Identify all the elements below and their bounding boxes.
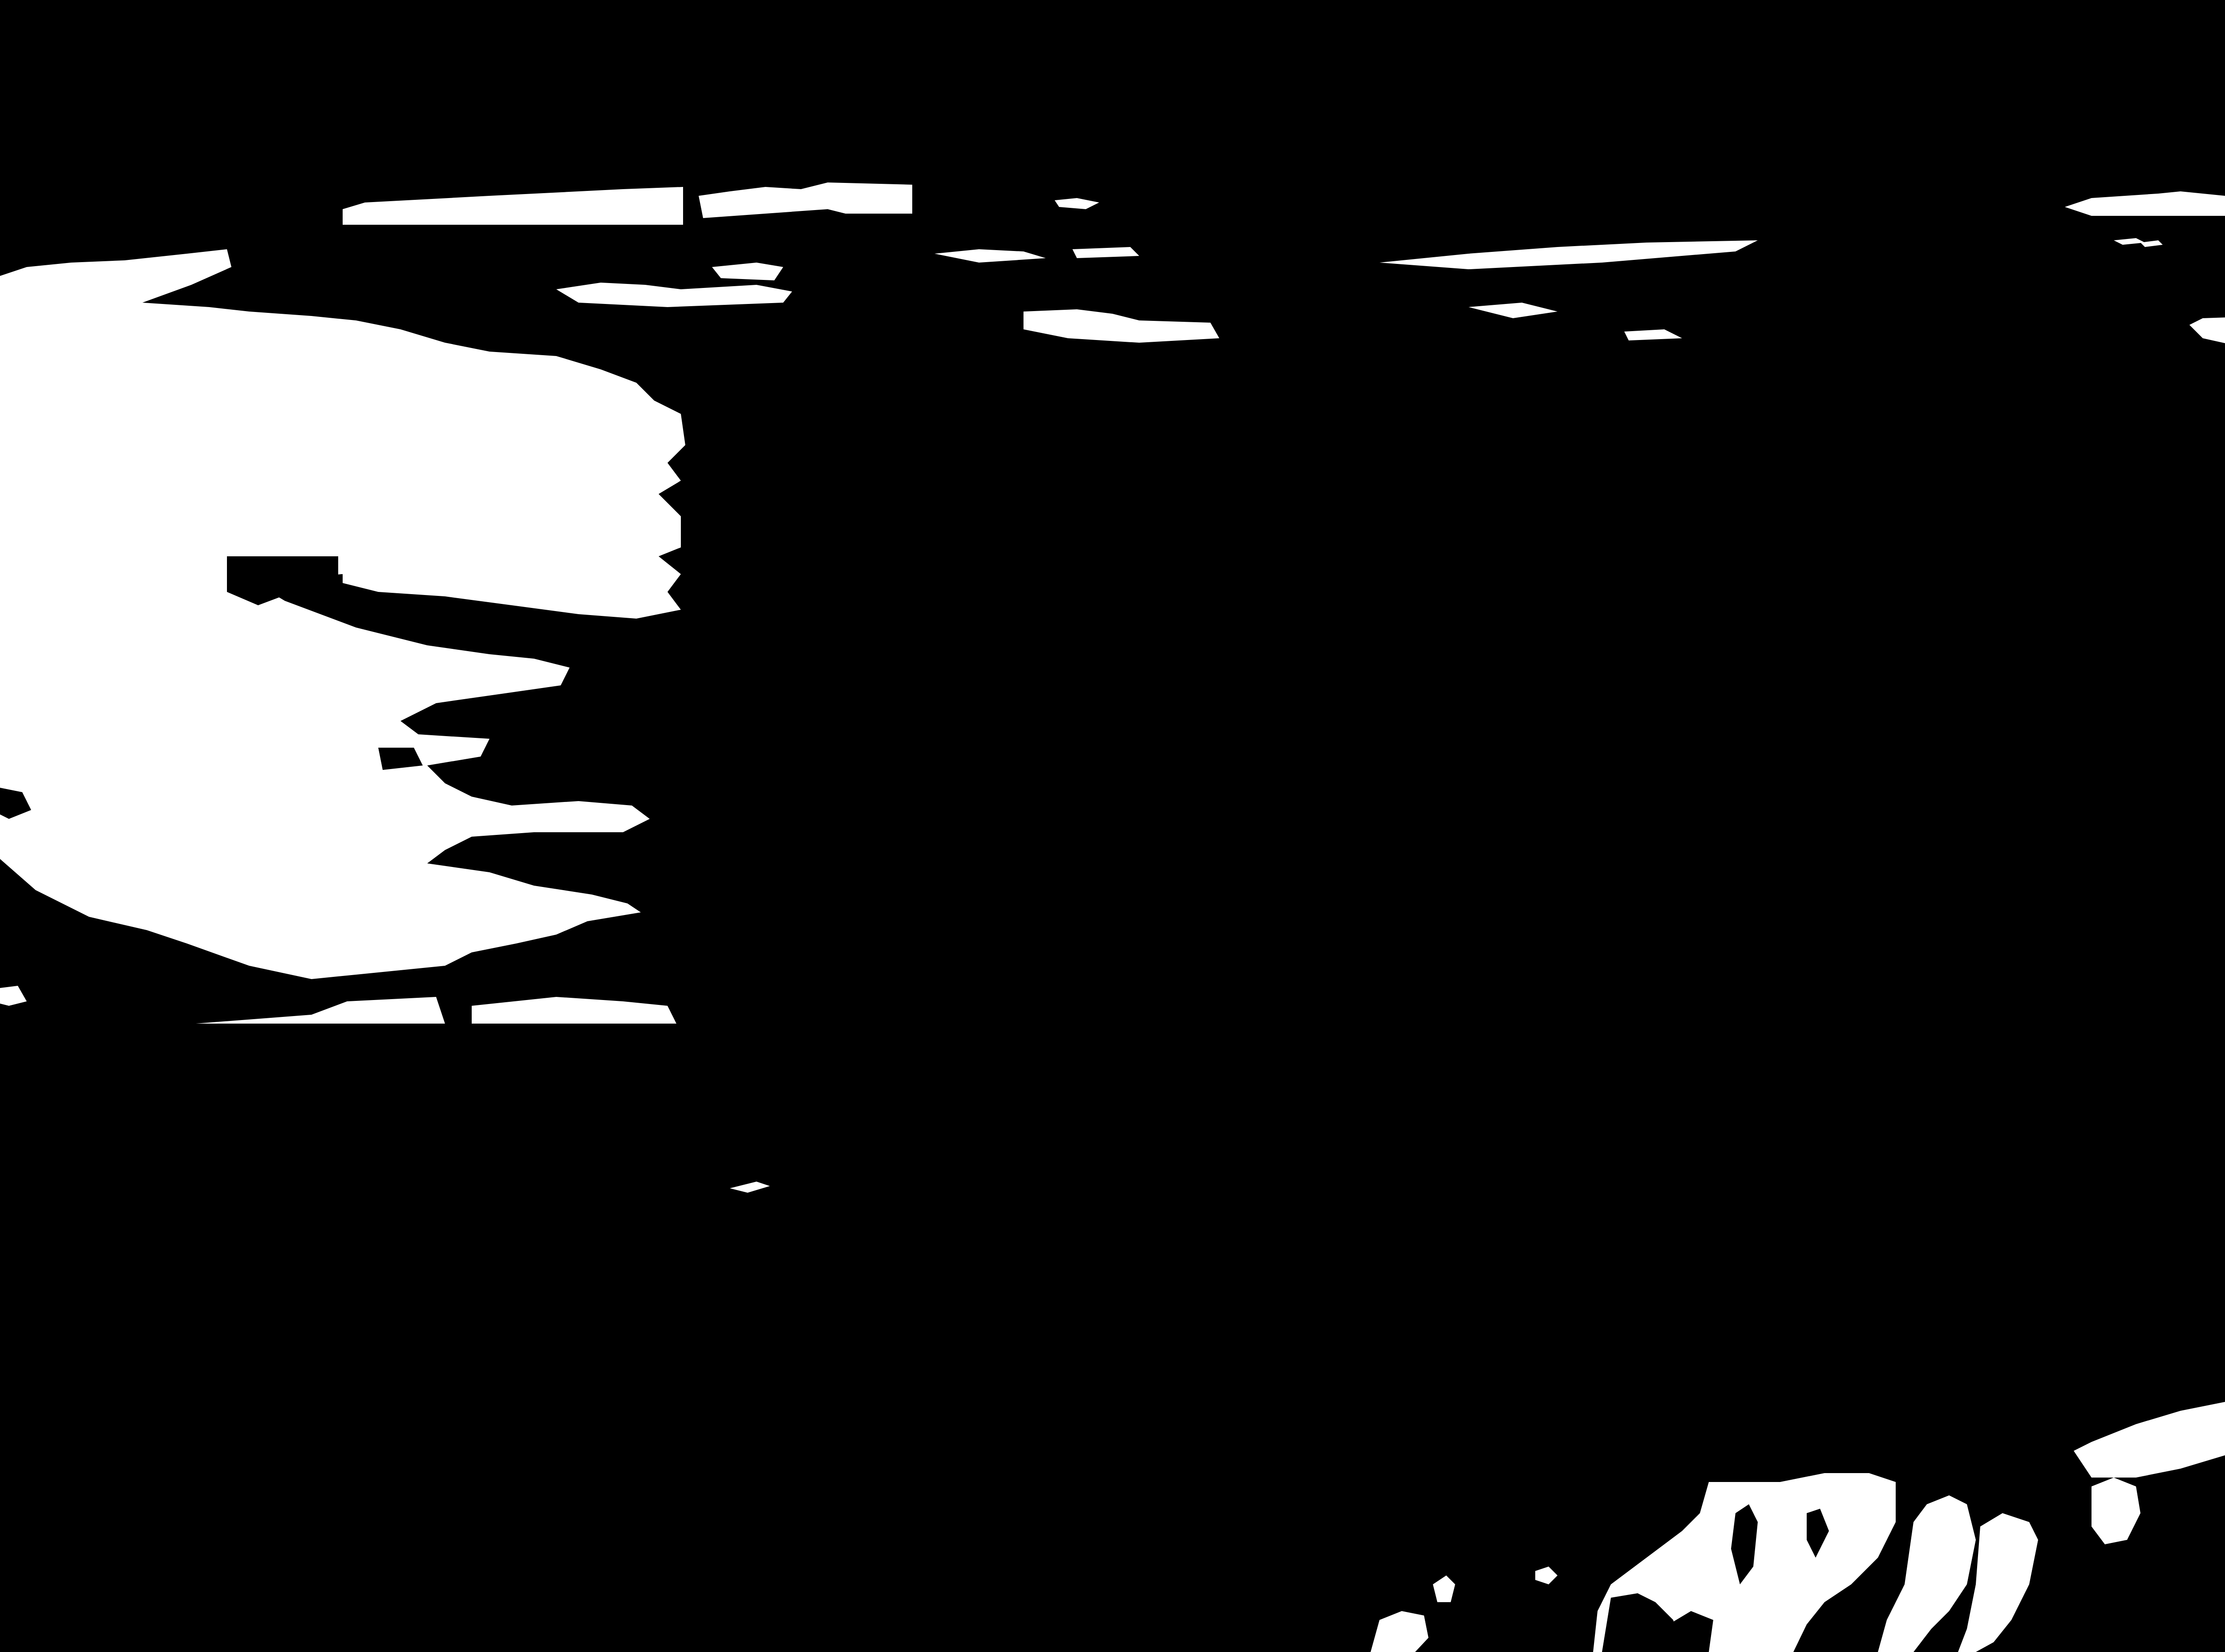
binarized-photo — [0, 0, 2225, 1652]
